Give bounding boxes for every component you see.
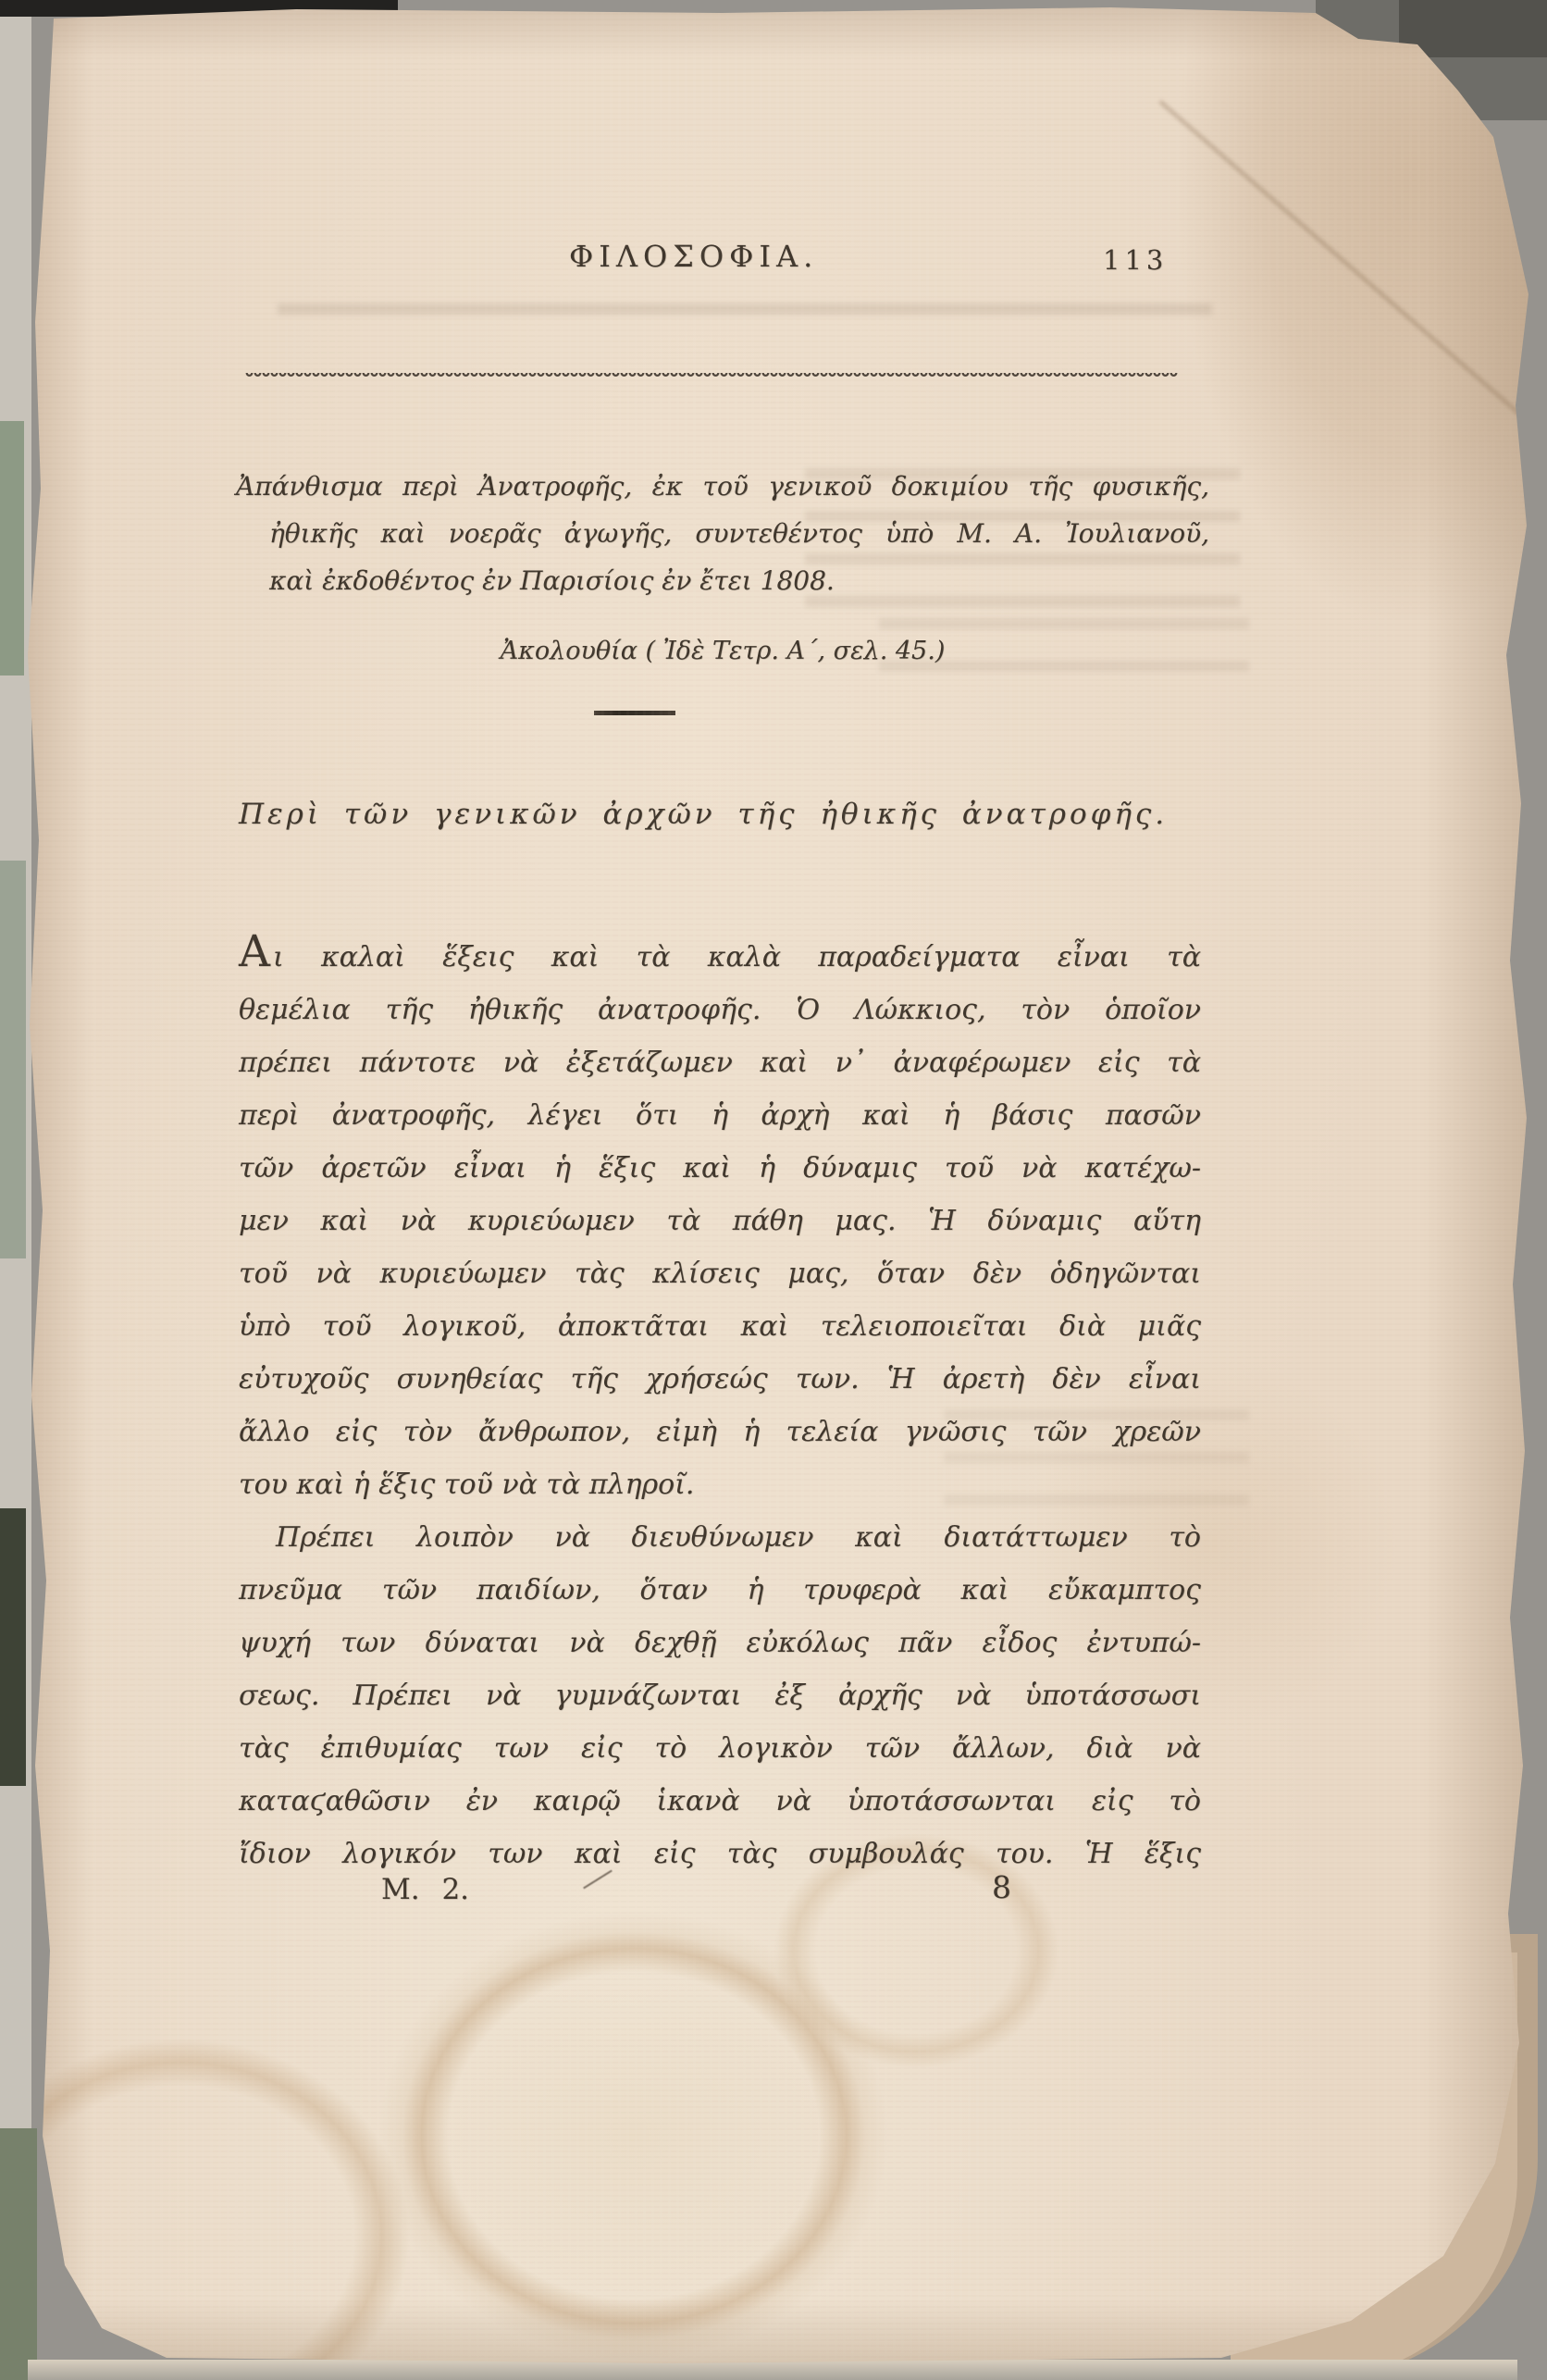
text-line: Πρέπει λοιπὸν νὰ διευθύνωμεν καὶ διατάττ… (239, 1511, 1201, 1564)
paper-crease (1158, 100, 1524, 418)
binding-patch (0, 861, 26, 1258)
text-line: περὶ ἀνατροφῆς, λέγει ὅτι ἡ ἀρχὴ καὶ ἡ β… (239, 1089, 1201, 1142)
scanned-book-photo: ΦΙΛΟΣΟΦΙΑ. 113 Ἀπάνθισμα περὶ Ἀνατροφῆς,… (0, 0, 1547, 2380)
binding-patch (0, 1508, 26, 1786)
text-line: Αι καλαὶ ἕξεις καὶ τὰ καλὰ παραδείγματα … (239, 931, 1201, 984)
signature-mark: Μ. 2. (381, 1873, 469, 1906)
text-line: καταϛαθῶσιν ἐν καιρῷ ἱκανὰ νὰ ὑποτάσσωντ… (239, 1775, 1201, 1828)
zigzag-rule (245, 370, 1178, 381)
text-line: πρέπει πάντοτε νὰ ἐξετάζωμεν καὶ ν᾿ ἀναφ… (239, 1036, 1201, 1089)
body-text: Αι καλαὶ ἕξεις καὶ τὰ καλὰ παραδείγματα … (239, 931, 1201, 1880)
continuation-note: Ἀκολουθία ( Ἰδὲ Τετρ. Α΄, σελ. 45.) (236, 637, 1209, 665)
page-shadow-top (19, 7, 1534, 58)
text-line: εὐτυχοῦς συνηθείας τῆς χρήσεώς των. Ἡ ἀρ… (239, 1353, 1201, 1406)
text-line: καὶ ἐκδοθέντος ἐν Παρισίοις ἐν ἔτει 1808… (236, 557, 1209, 604)
binding-patch (0, 2128, 37, 2380)
text-line: ἠθικῆς καὶ νοερᾶς ἀγωγῆς, συντεθέντος ὑπ… (236, 510, 1209, 557)
text-line: θεμέλια τῆς ἠθικῆς ἀνατροφῆς. Ὁ Λώκκιος,… (239, 984, 1201, 1036)
running-title: ΦΙΛΟΣΟΦΙΑ. (569, 239, 818, 274)
text-line: τοῦ νὰ κυριεύωμεν τὰς κλίσεις μας, ὅταν … (239, 1247, 1201, 1300)
text-line: ὑπὸ τοῦ λογικοῦ, ἀποκτᾶται καὶ τελειοποι… (239, 1300, 1201, 1353)
citation-block: Ἀπάνθισμα περὶ Ἀνατροφῆς, ἐκ τοῦ γενικοῦ… (236, 463, 1209, 604)
page-number: 113 (1103, 244, 1168, 276)
ink-bleedthrough (278, 304, 1212, 346)
text-line: Ἀπάνθισμα περὶ Ἀνατροφῆς, ἐκ τοῦ γενικοῦ… (236, 463, 1209, 510)
text-line: πνεῦμα τῶν παιδίων, ὅταν ἡ τρυφερὰ καὶ ε… (239, 1564, 1201, 1617)
text-line: τῶν ἀρετῶν εἶναι ἡ ἕξις καὶ ἡ δύναμις το… (239, 1142, 1201, 1195)
binding-patch (0, 421, 24, 676)
text-line: ἄλλο εἰς τὸν ἄνθρωπον, εἰμὴ ἡ τελεία γνῶ… (239, 1406, 1201, 1458)
text-line: ψυχή των δύναται νὰ δεχθῇ εὐκόλως πᾶν εἶ… (239, 1617, 1201, 1669)
gathering-number: 8 (992, 1869, 1011, 1905)
text-line: σεως. Πρέπει νὰ γυμνάζωνται ἐξ ἀρχῆς νὰ … (239, 1669, 1201, 1722)
underlying-page-bottom-edge (28, 2360, 1517, 2380)
text-line: μεν καὶ νὰ κυριεύωμεν τὰ πάθη μας. Ἡ δύν… (239, 1195, 1201, 1247)
section-heading: Περὶ τῶν γενικῶν ἀρχῶν τῆς ἠθικῆς ἀνατρο… (239, 798, 1219, 831)
water-stain (19, 2025, 426, 2376)
section-divider-rule (594, 711, 675, 715)
text-line: τὰς ἐπιθυμίας των εἰς τὸ λογικὸν τῶν ἄλλ… (239, 1722, 1201, 1775)
text-line: του καὶ ἡ ἕξις τοῦ νὰ τὰ πληροῖ. (239, 1458, 1201, 1511)
book-binding-edge (0, 0, 31, 2380)
water-stain (361, 1895, 907, 2376)
book-page: ΦΙΛΟΣΟΦΙΑ. 113 Ἀπάνθισμα περὶ Ἀνατροφῆς,… (19, 7, 1534, 2363)
